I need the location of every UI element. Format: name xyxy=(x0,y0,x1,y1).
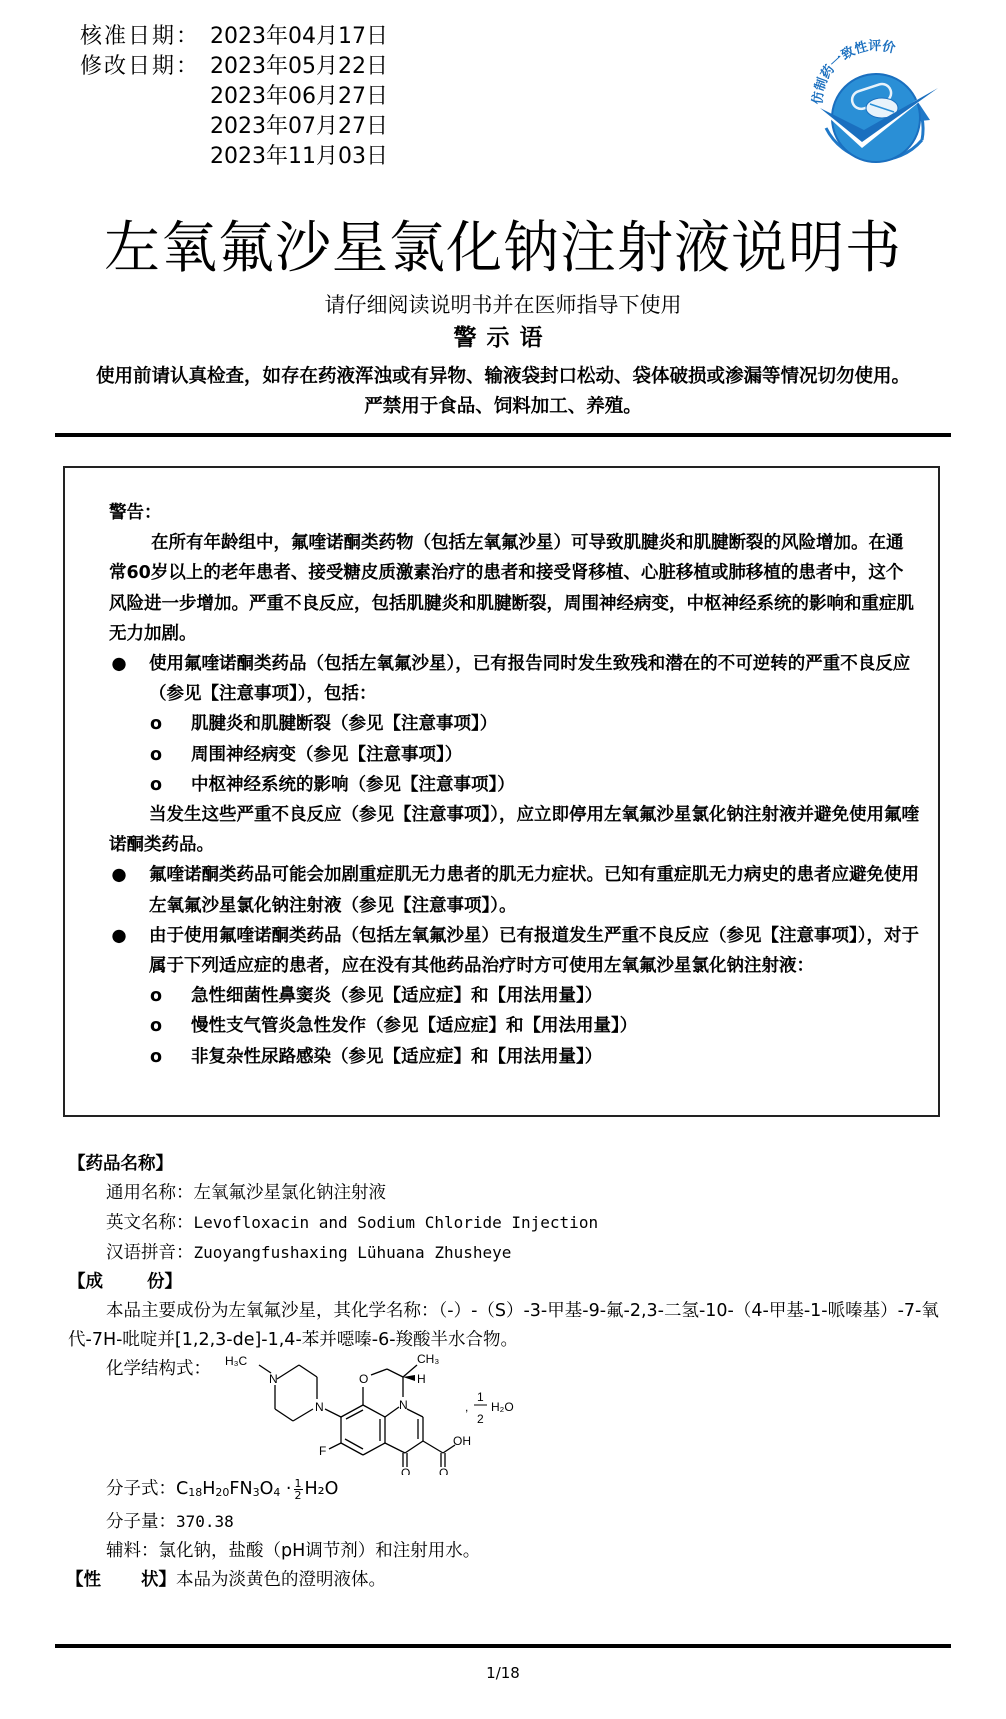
sub-bullet-text: 非复杂性尿路感染（参见【适应症】和【用法用量】） xyxy=(191,1047,602,1067)
bullet-text: 由于使用氟喹诺酮类药品（包括左氧氟沙星）已有报道发生严重不良反应（参见【注意事项… xyxy=(149,926,919,976)
atom-o: O xyxy=(359,1372,368,1386)
excipients-row: 辅料：氯化钠，盐酸（pH调节剂）和注射用水。 xyxy=(68,1537,948,1566)
warning-sub-bullet: o 非复杂性尿路感染（参见【适应症】和【用法用量】） xyxy=(109,1042,919,1072)
english-name-value: Levofloxacin and Sodium Chloride Injecti… xyxy=(194,1213,599,1232)
atom-f: F xyxy=(319,1444,326,1458)
boxed-warning-heading: 警告： xyxy=(109,498,919,528)
circle-bullet-icon: o xyxy=(149,740,163,770)
revision-date: 2023年07月27日 xyxy=(210,112,388,142)
revision-date: 2023年05月22日 xyxy=(210,52,388,82)
warning-text: 使用前请认真检查，如存在药液浑浊或有异物、输液袋封口松动、袋体破损或渗漏等情况切… xyxy=(0,362,1006,422)
approval-date: 2023年04月17日 xyxy=(210,22,388,52)
label-body: 【药品名称】 通用名称：左氧氟沙星氯化钠注射液 英文名称：Levofloxaci… xyxy=(68,1150,948,1595)
logo-icon: 仿制药一致性评价 xyxy=(800,30,950,180)
formula-part: H xyxy=(202,1479,215,1499)
spacer xyxy=(80,82,210,112)
sub-bullet-text: 周围神经病变（参见【注意事项】） xyxy=(191,745,462,765)
atom-n: N xyxy=(399,1398,408,1412)
document-subtitle: 请仔细阅读说明书并在医师指导下使用 xyxy=(0,290,1006,320)
formula-fraction: 12 xyxy=(294,1478,303,1501)
bullet-icon: ● xyxy=(109,649,129,679)
generic-name-value: 左氧氟沙星氯化钠注射液 xyxy=(194,1183,387,1203)
bullet-text: 氟喹诺酮类药品可能会加剧重症肌无力患者的肌无力症状。已知有重症肌无力病史的患者应… xyxy=(149,865,919,915)
page-number: 1/18 xyxy=(0,1663,1006,1683)
circle-bullet-icon: o xyxy=(149,770,163,800)
molecular-formula-row: 分子式：C18H20FN3O4 ·12H₂O xyxy=(68,1475,948,1507)
spacer xyxy=(80,142,210,172)
revision-date: 2023年06月27日 xyxy=(210,82,388,112)
revision-date-row: 2023年07月27日 xyxy=(80,112,388,142)
approval-dates: 核准日期： 2023年04月17日 修改日期： 2023年05月22日 2023… xyxy=(80,22,388,172)
bottom-divider xyxy=(55,1644,951,1648)
formula-subscript: 20 xyxy=(215,1486,229,1499)
document-title: 左氧氟沙星氯化钠注射液说明书 xyxy=(0,214,1006,284)
formula-part: FN xyxy=(229,1479,252,1499)
boxed-warning: 警告： 在所有年龄组中，氟喹诺酮类药物（包括左氧氟沙星）可导致肌腱炎和肌腱断裂的… xyxy=(63,466,940,1117)
heading-left: 【性 xyxy=(66,1570,101,1590)
revision-date: 2023年11月03日 xyxy=(210,142,388,172)
warning-bullet: ● 氟喹诺酮类药品可能会加剧重症肌无力患者的肌无力症状。已知有重症肌无力病史的患… xyxy=(109,860,919,920)
english-name-label: 英文名称： xyxy=(106,1213,194,1233)
excipients-value: 氯化钠，盐酸（pH调节剂）和注射用水。 xyxy=(159,1541,481,1561)
warning-sub-bullet: o 慢性支气管炎急性发作（参见【适应症】和【用法用量】） xyxy=(109,1011,919,1041)
english-name-row: 英文名称：Levofloxacin and Sodium Chloride In… xyxy=(68,1208,948,1238)
pinyin-label: 汉语拼音： xyxy=(106,1243,194,1263)
atom-h3c: H₃C xyxy=(225,1354,248,1368)
circle-bullet-icon: o xyxy=(149,709,163,739)
atom-ch3: CH₃ xyxy=(417,1352,439,1366)
revision-label: 修改日期： xyxy=(80,52,210,82)
section-heading-composition: 【成份】 xyxy=(68,1268,948,1297)
molecular-weight-row: 分子量：370.38 xyxy=(68,1507,948,1537)
bullet-icon: ● xyxy=(109,860,129,890)
formula-part: O xyxy=(260,1479,274,1499)
boxed-warning-content: 警告： 在所有年龄组中，氟喹诺酮类药物（包括左氧氟沙星）可导致肌腱炎和肌腱断裂的… xyxy=(109,498,919,1072)
atom-n: N xyxy=(315,1400,324,1414)
revision-date-row: 修改日期： 2023年05月22日 xyxy=(80,52,388,82)
bullet-icon: ● xyxy=(109,921,129,951)
pinyin-value: Zuoyangfushaxing Lühuana Zhusheye xyxy=(194,1243,512,1262)
boxed-warning-intro: 在所有年龄组中，氟喹诺酮类药物（包括左氧氟沙星）可导致肌腱炎和肌腱断裂的风险增加… xyxy=(109,528,919,649)
structure-label: 化学结构式： xyxy=(106,1355,211,1384)
sub-bullet-text: 肌腱炎和肌腱断裂（参见【注意事项】） xyxy=(191,714,497,734)
warning-sub-bullet: o 中枢神经系统的影响（参见【注意事项】） xyxy=(109,770,919,800)
formula-label: 分子式： xyxy=(106,1479,176,1499)
atom-oh: OH xyxy=(453,1434,471,1448)
warning-sub-bullet: o 周围神经病变（参见【注意事项】） xyxy=(109,740,919,770)
warning-bullet: ● 由于使用氟喹诺酮类药品（包括左氧氟沙星）已有报道发生严重不良反应（参见【注意… xyxy=(109,921,919,981)
description-value: 本品为淡黄色的澄明液体。 xyxy=(176,1570,386,1590)
heading-left: 【成 xyxy=(68,1272,103,1292)
atom-o: O xyxy=(401,1466,410,1475)
warning-sub-bullet: o 急性细菌性鼻窦炎（参见【适应症】和【用法用量】） xyxy=(109,981,919,1011)
pinyin-row: 汉语拼音：Zuoyangfushaxing Lühuana Zhusheye xyxy=(68,1238,948,1268)
formula-subscript: 3 xyxy=(253,1486,260,1499)
heading-right: 份】 xyxy=(147,1272,182,1292)
formula-part: C xyxy=(176,1479,188,1499)
warning-sub-bullet: o 肌腱炎和肌腱断裂（参见【注意事项】） xyxy=(109,709,919,739)
sub-bullet-text: 慢性支气管炎急性发作（参见【适应症】和【用法用量】） xyxy=(191,1016,637,1036)
formula-water: H₂O xyxy=(305,1479,339,1499)
circle-bullet-icon: o xyxy=(149,1011,163,1041)
generic-name-label: 通用名称： xyxy=(106,1183,194,1203)
approval-label: 核准日期： xyxy=(80,22,210,52)
generic-name-row: 通用名称：左氧氟沙星氯化钠注射液 xyxy=(68,1179,948,1208)
warning-heading: 警示语 xyxy=(0,322,1006,354)
description-row: 【性状】本品为淡黄色的澄明液体。 xyxy=(68,1566,948,1595)
hydrate-separator: , xyxy=(465,1400,468,1414)
mw-label: 分子量： xyxy=(106,1512,176,1532)
sub-bullet-text: 中枢神经系统的影响（参见【注意事项】） xyxy=(191,775,515,795)
bullet-continuation: 当发生这些严重不良反应（参见【注意事项】），应立即停用左氧氟沙星氯化钠注射液并避… xyxy=(109,800,919,860)
revision-date-row: 2023年11月03日 xyxy=(80,142,388,172)
fraction-numerator: 1 xyxy=(294,1478,303,1490)
heading-right: 状】 xyxy=(141,1570,176,1590)
excipients-label: 辅料： xyxy=(106,1541,159,1561)
sub-bullet-text: 急性细菌性鼻窦炎（参见【适应症】和【用法用量】） xyxy=(191,986,602,1006)
revision-date-row: 2023年06月27日 xyxy=(80,82,388,112)
atom-n: N xyxy=(269,1372,278,1386)
spacer xyxy=(80,112,210,142)
section-heading-drug-name: 【药品名称】 xyxy=(68,1150,948,1179)
generic-drug-consistency-logo: 仿制药一致性评价 xyxy=(800,30,950,180)
warning-bullet: ● 使用氟喹诺酮类药品（包括左氧氟沙星），已有报告同时发生致残和潜在的不可逆转的… xyxy=(109,649,919,709)
circle-bullet-icon: o xyxy=(149,981,163,1011)
circle-bullet-icon: o xyxy=(149,1042,163,1072)
levofloxacin-structure-diagram: H₃C N N O CH₃ H N F O OH O , 1 2 H₂O xyxy=(219,1347,519,1475)
warning-line: 严禁用于食品、饲料加工、养殖。 xyxy=(0,392,1006,422)
chemical-structure-row: 化学结构式： xyxy=(68,1355,948,1475)
top-divider xyxy=(55,433,951,437)
formula-dot: · xyxy=(280,1479,291,1499)
hydrate-water: H₂O xyxy=(491,1400,514,1414)
approval-date-row: 核准日期： 2023年04月17日 xyxy=(80,22,388,52)
formula-subscript: 18 xyxy=(188,1486,202,1499)
fraction-denominator: 2 xyxy=(295,1490,302,1501)
mw-value: 370.38 xyxy=(176,1512,234,1531)
atom-o: O xyxy=(439,1466,448,1475)
atom-h: H xyxy=(417,1372,426,1386)
bullet-text: 使用氟喹诺酮类药品（包括左氧氟沙星），已有报告同时发生致残和潜在的不可逆转的严重… xyxy=(149,654,910,704)
hydrate-numerator: 1 xyxy=(477,1390,484,1404)
warning-line: 使用前请认真检查，如存在药液浑浊或有异物、输液袋封口松动、袋体破损或渗漏等情况切… xyxy=(0,362,1006,392)
hydrate-denominator: 2 xyxy=(477,1412,484,1426)
